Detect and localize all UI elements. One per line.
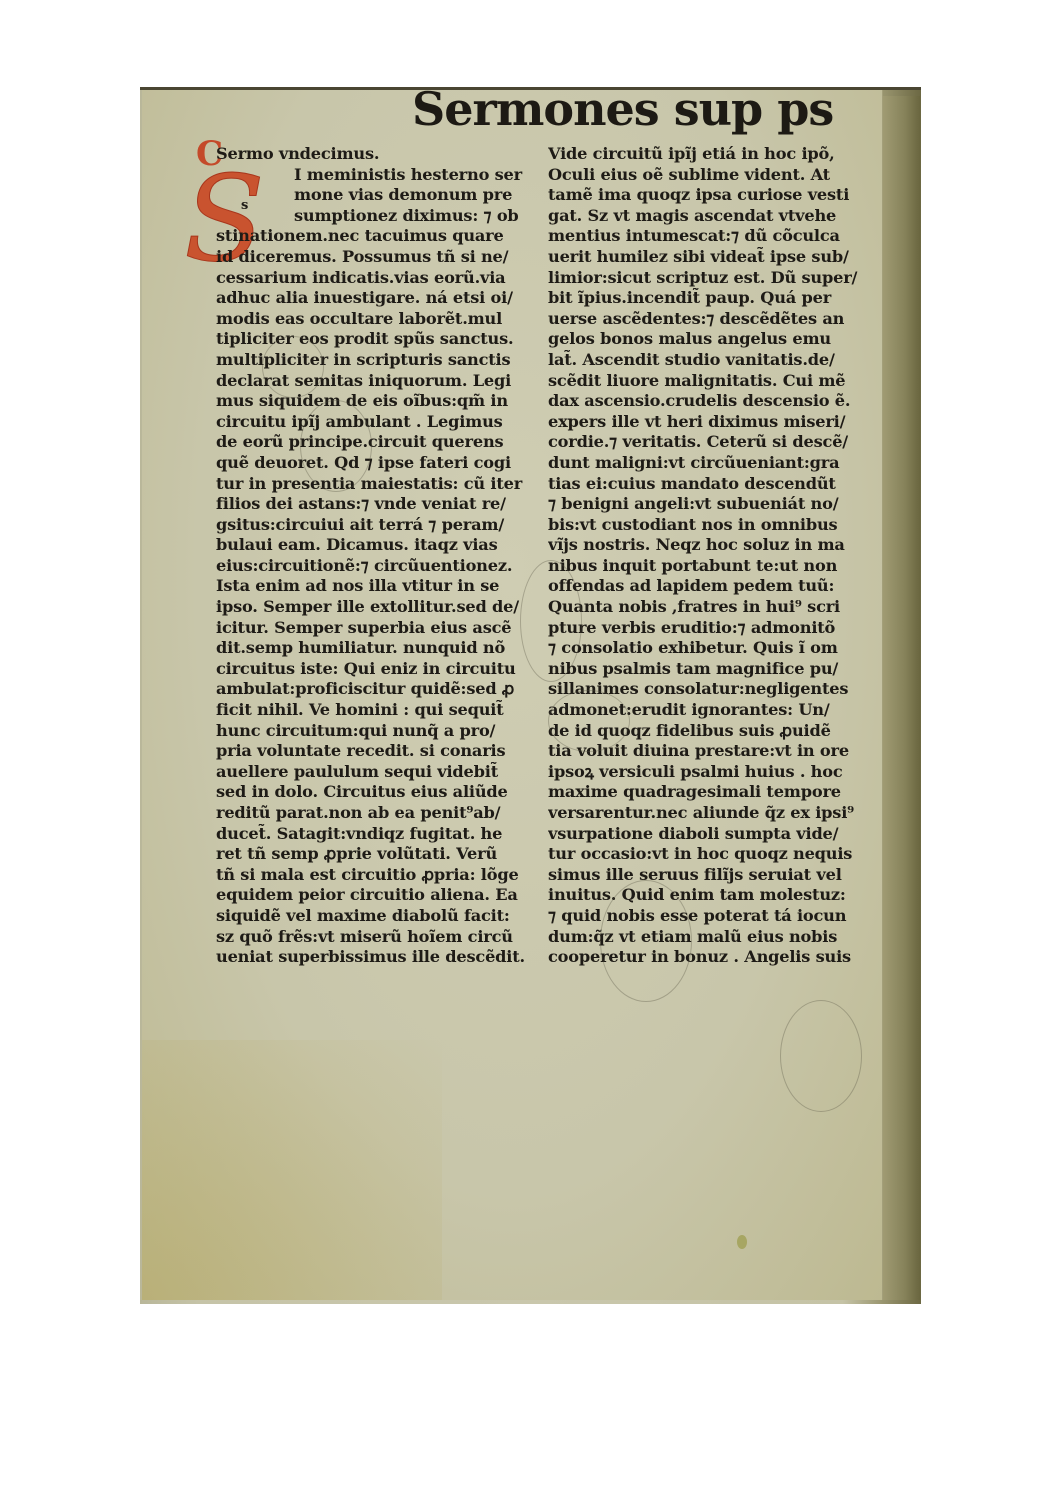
text-line: simus ille seruus filĩjs seruiat vel: [548, 865, 878, 886]
text-line: cessarium indicatis.vias eorũ.via: [216, 268, 534, 289]
text-line: mone vias demonum pre: [216, 185, 534, 206]
text-line: ueniat superbissimus ille descẽdit.: [216, 947, 534, 968]
text-line: tipliciter eos prodit spũs sanctus.: [216, 329, 534, 350]
text-line: cooperetur in bonuz . Angelis suis: [548, 947, 878, 968]
text-line: scẽdit liuore malignitatis. Cui mẽ: [548, 371, 878, 392]
text-line: sed in dolo. Circuitus eius aliũde: [216, 782, 534, 803]
watermark-curve: [300, 400, 372, 492]
text-line: cordie.⁊ veritatis. Ceterũ si descẽ/: [548, 432, 878, 453]
text-line: maxime quadragesimali tempore: [548, 782, 878, 803]
text-line: gsitus:circuiui ait terrá ⁊ peram/: [216, 515, 534, 536]
text-line: versarentur.nec aliunde q̃z ex ipsi⁹: [548, 803, 878, 824]
text-line: icitur. Semper superbia eius ascẽ: [216, 618, 534, 639]
text-line: id diceremus. Possumus tñ si ne/: [216, 247, 534, 268]
text-line: Oculi eius oẽ sublime vident. At: [548, 165, 878, 186]
text-line: Quanta nobis ,fratres in hui⁹ scri: [548, 597, 878, 618]
text-line: adhuc alia inuestigare. ná etsi oi/: [216, 288, 534, 309]
text-line: modis eas occultare laborẽt.mul: [216, 309, 534, 330]
text-line: ambulat:proficiscitur quidẽ:sed ꝓ: [216, 679, 534, 700]
text-line: bis:vt custodiant nos in omnibus: [548, 515, 878, 536]
text-line: ducet̃. Satagit:vndiqz fugitat. he: [216, 824, 534, 845]
text-line: sz quõ frẽs:vt miserũ hoĩem circũ: [216, 927, 534, 948]
text-line: gat. Sz vt magis ascendat vtvehe: [548, 206, 878, 227]
text-line: tur in presentia maiestatis: cũ iter: [216, 474, 534, 495]
text-line: dit.semp humiliatur. nunquid nõ: [216, 638, 534, 659]
text-line: ipso. Semper ille extollitur.sed de/: [216, 597, 534, 618]
text-line: mus siquidem de eis oĩbus:qm̃ in: [216, 391, 534, 412]
book-fore-edge: [882, 96, 920, 1300]
text-line: dum:q̃z vt etiam malũ eius nobis: [548, 927, 878, 948]
text-line: Ista enim ad nos illa vtitur in se: [216, 576, 534, 597]
text-line: pture verbis eruditio:⁊ admonitõ: [548, 618, 878, 639]
watermark-curve: [600, 880, 692, 1002]
text-line: eius:circuitionẽ:⁊ circũuentionez.: [216, 556, 534, 577]
text-line: ⁊ benigni angeli:vt subueniát no/: [548, 494, 878, 515]
text-line: ret tñ semp ꝓprie volũtati. Verũ: [216, 844, 534, 865]
text-line: quẽ deuoret. Qd ⁊ ipse fateri cogi: [216, 453, 534, 474]
text-line: vĩjs nostris. Neqz hoc soluz in ma: [548, 535, 878, 556]
watermark-curve: [548, 690, 630, 752]
running-head: Sermones sup ps: [412, 86, 833, 132]
text-line: expers ille vt heri diximus miseri/: [548, 412, 878, 433]
watermark-curve: [262, 336, 324, 398]
text-line: limior:sicut scriptuz est. Dũ super/: [548, 268, 878, 289]
text-line: stinationem.nec tacuimus quare: [216, 226, 534, 247]
heading-line: Sermo vndecimus.: [216, 144, 534, 165]
foxing-stain: [737, 1235, 747, 1249]
text-line: uerse ascẽdentes:⁊ descẽdẽtes an: [548, 309, 878, 330]
text-line: mentius intumescat:⁊ dũ cõculca: [548, 226, 878, 247]
text-line: lat̃. Ascendit studio vanitatis.de/: [548, 350, 878, 371]
text-line: pria voluntate recedit. si conaris: [216, 741, 534, 762]
text-line: tias ei:cuius mandato descendũt: [548, 474, 878, 495]
text-line: siquidẽ vel maxime diabolũ facit:: [216, 906, 534, 927]
text-line: tur occasio:vt in hoc quoqz nequis: [548, 844, 878, 865]
text-line: I meministis hesterno ser: [216, 165, 534, 186]
text-line: hunc circuitum:qui nunq̃ a pro/: [216, 721, 534, 742]
text-line: circuitu ipĩj ambulant . Legimus: [216, 412, 534, 433]
text-line: gelos bonos malus angelus emu: [548, 329, 878, 350]
text-line: equidem peior circuitio aliena. Ea: [216, 885, 534, 906]
text-line: circuitus iste: Qui eniz in circuitu: [216, 659, 534, 680]
watermark-curve: [520, 560, 582, 682]
text-line: ⁊ consolatio exhibetur. Quis ĩ om: [548, 638, 878, 659]
text-line: inuitus. Quid enim tam molestuz:: [548, 885, 878, 906]
text-line: sumptionez diximus: ⁊ ob: [216, 206, 534, 227]
text-line: uerit humilez sibi videat̃ ipse sub/: [548, 247, 878, 268]
right-text-column: Vide circuitũ ipĩj etiá in hoc ipõ, Ocul…: [548, 144, 878, 968]
text-line: tamẽ ima quoqz ipsa curiose vesti: [548, 185, 878, 206]
text-line: bulaui eam. Dicamus. itaqz vias: [216, 535, 534, 556]
text-line: offendas ad lapidem pedem tuũ:: [548, 576, 878, 597]
watermark-curve: [780, 1000, 862, 1112]
text-line: dunt maligni:vt circũueniant:gra: [548, 453, 878, 474]
text-line: auellere paululum sequi videbit̃: [216, 762, 534, 783]
text-line: vsurpatione diaboli sumpta vide/: [548, 824, 878, 845]
text-line: filios dei astans:⁊ vnde veniat re/: [216, 494, 534, 515]
text-line: nibus psalmis tam magnifice pu/: [548, 659, 878, 680]
text-line: tñ si mala est circuitio ꝓpria: lõge: [216, 865, 534, 886]
text-line: de eorũ principe.circuit querens: [216, 432, 534, 453]
left-text-column: Sermo vndecimus. I meministis hesterno s…: [216, 144, 534, 968]
text-line: ficit nihil. Ve homini : qui sequit̃: [216, 700, 534, 721]
text-line: nibus inquit portabunt te:ut non: [548, 556, 878, 577]
text-line: ⁊ quid nobis esse poterat tá iocun: [548, 906, 878, 927]
text-line: dax ascensio.crudelis descensio ẽ.: [548, 391, 878, 412]
text-line: reditũ parat.non ab ea penit⁹ab/: [216, 803, 534, 824]
text-line: Vide circuitũ ipĩj etiá in hoc ipõ,: [548, 144, 878, 165]
text-line: ipsoꝝ versiculi psalmi huius . hoc: [548, 762, 878, 783]
text-line: bit ĩpius.incendit̃ paup. Quá per: [548, 288, 878, 309]
